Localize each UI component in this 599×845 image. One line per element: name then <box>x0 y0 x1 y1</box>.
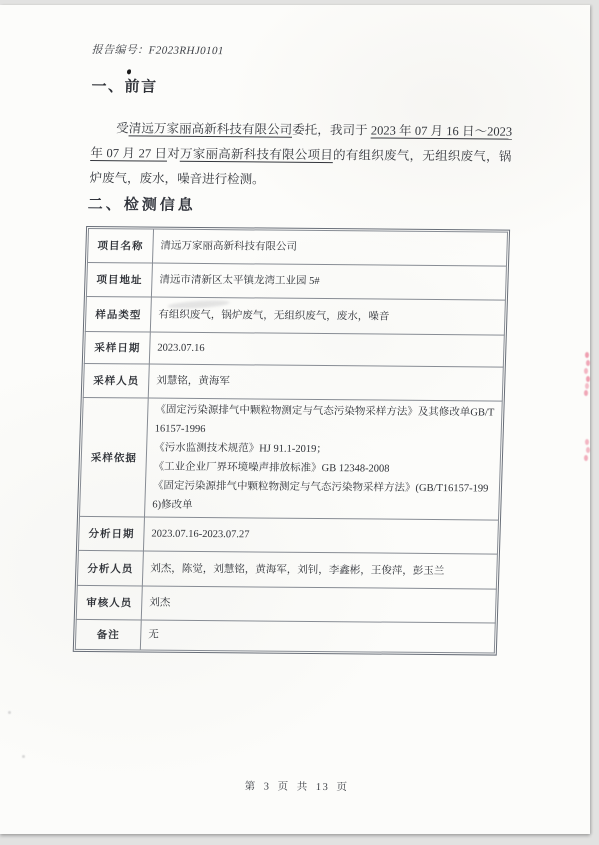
report-number: 报告编号：F2023RHJ0101 <box>91 41 224 58</box>
value-line: 刘杰 <box>149 594 494 616</box>
section-title-preface: 一、前言 <box>91 75 158 97</box>
underlined-text: 万家丽高新科技有限公项目 <box>180 146 334 161</box>
table-row: 采样依据《固定污染源排气中颗粒物测定与气态污染物采样方法》及其修改单GB/T 1… <box>79 397 502 520</box>
row-value-cell: 有组织废气，锅炉废气，无组织废气，废水，噪音 <box>150 297 505 335</box>
row-label-cell: 审核人员 <box>76 585 142 620</box>
value-line: 有组织废气，锅炉废气，无组织废气，废水，噪音 <box>158 305 503 327</box>
value-line: 清远市清新区太平镇龙湾工业园 5# <box>159 271 504 293</box>
table-row: 采样人员刘慧铭，黄海军 <box>83 363 503 401</box>
row-value-cell: 清远市清新区太平镇龙湾工业园 5# <box>151 263 506 300</box>
row-label-cell: 项目名称 <box>87 228 153 263</box>
row-label-cell: 采样人员 <box>83 363 149 398</box>
report-number-label: 报告编号： <box>91 44 148 56</box>
row-value-cell: 2023.07.16 <box>149 332 504 367</box>
value-line: 刘慧铭，黄海军 <box>156 372 501 394</box>
table-row: 分析人员刘杰，陈觉，刘慧铭，黄海军，刘钊，李鑫彬，王俊萍，彭玉兰 <box>77 550 497 589</box>
row-label-cell: 采样日期 <box>84 331 150 364</box>
row-value-cell: 清远万家丽高新科技有限公司 <box>152 229 507 266</box>
table-row: 备注无 <box>75 619 495 653</box>
plain-text: 委托，我司于 <box>292 122 371 137</box>
table-row: 项目地址清远市清新区太平镇龙湾工业园 5# <box>86 262 506 300</box>
detection-info-table-frame: 项目名称清远万家丽高新科技有限公司项目地址清远市清新区太平镇龙湾工业园 5#样品… <box>73 226 510 656</box>
dust-speck <box>8 711 11 714</box>
page-content: 报告编号：F2023RHJ0101 一、前言 受清远万家丽高新科技有限公司委托，… <box>0 4 597 838</box>
plain-text: 对 <box>167 146 180 160</box>
value-line: 刘杰，陈觉，刘慧铭，黄海军，刘钊，李鑫彬，王俊萍，彭玉兰 <box>150 559 495 581</box>
table-row: 样品类型有组织废气，锅炉废气，无组织废气，废水，噪音 <box>85 296 505 335</box>
row-value-cell: 无 <box>140 620 495 653</box>
row-label-cell: 备注 <box>75 619 141 650</box>
detection-info-table: 项目名称清远万家丽高新科技有限公司项目地址清远市清新区太平镇龙湾工业园 5#样品… <box>75 228 508 654</box>
value-line: 无 <box>148 626 493 648</box>
value-line: 《固定污染源排气中颗粒物测定与气态污染物采样方法》(GB/T16157-1996… <box>152 477 497 518</box>
row-value-cell: 刘杰，陈觉，刘慧铭，黄海军，刘钊，李鑫彬，王俊萍，彭玉兰 <box>142 551 497 589</box>
red-ink-scan-artifact <box>585 352 589 358</box>
row-label-cell: 分析日期 <box>78 516 144 551</box>
scanned-report-screenshot: { "document": { "report_label": "报告编号：",… <box>0 0 599 845</box>
page-number: 第 3 页 共 13 页 <box>244 778 348 794</box>
section-title-detection-info: 二、检测信息 <box>88 193 197 215</box>
underlined-text: 清远万家丽高新科技有限公司 <box>129 121 293 136</box>
value-line: 2023.07.16 <box>157 339 502 361</box>
row-value-cell: 《固定污染源排气中颗粒物测定与气态污染物采样方法》及其修改单GB/T 16157… <box>144 398 502 520</box>
table-row: 采样日期2023.07.16 <box>84 331 504 367</box>
row-label-cell: 项目地址 <box>86 262 152 297</box>
row-value-cell: 刘杰 <box>141 586 496 623</box>
row-value-cell: 2023.07.16-2023.07.27 <box>143 517 498 554</box>
row-value-cell: 刘慧铭，黄海军 <box>148 364 503 401</box>
paper-page: 报告编号：F2023RHJ0101 一、前言 受清远万家丽高新科技有限公司委托，… <box>0 5 590 834</box>
table-row: 项目名称清远万家丽高新科技有限公司 <box>87 228 507 266</box>
row-label-cell: 分析人员 <box>77 550 143 586</box>
ink-dot-artifact <box>127 69 131 74</box>
plain-text: 受 <box>116 121 129 135</box>
value-line: 清远万家丽高新科技有限公司 <box>160 237 505 259</box>
row-label-cell: 样品类型 <box>85 296 151 332</box>
value-line: 《固定污染源排气中颗粒物测定与气态污染物采样方法》及其修改单GB/T 16157… <box>154 401 499 442</box>
table-row: 审核人员刘杰 <box>76 585 496 623</box>
dust-speck <box>22 755 25 758</box>
detection-info-table-body: 项目名称清远万家丽高新科技有限公司项目地址清远市清新区太平镇龙湾工业园 5#样品… <box>75 228 507 653</box>
row-label-cell: 采样依据 <box>79 397 148 517</box>
preface-paragraph: 受清远万家丽高新科技有限公司委托，我司于 2023 年 07 月 16 日～20… <box>89 116 512 195</box>
table-row: 分析日期2023.07.16-2023.07.27 <box>78 516 498 554</box>
report-number-value: F2023RHJ0101 <box>148 45 223 58</box>
value-line: 2023.07.16-2023.07.27 <box>151 525 496 547</box>
